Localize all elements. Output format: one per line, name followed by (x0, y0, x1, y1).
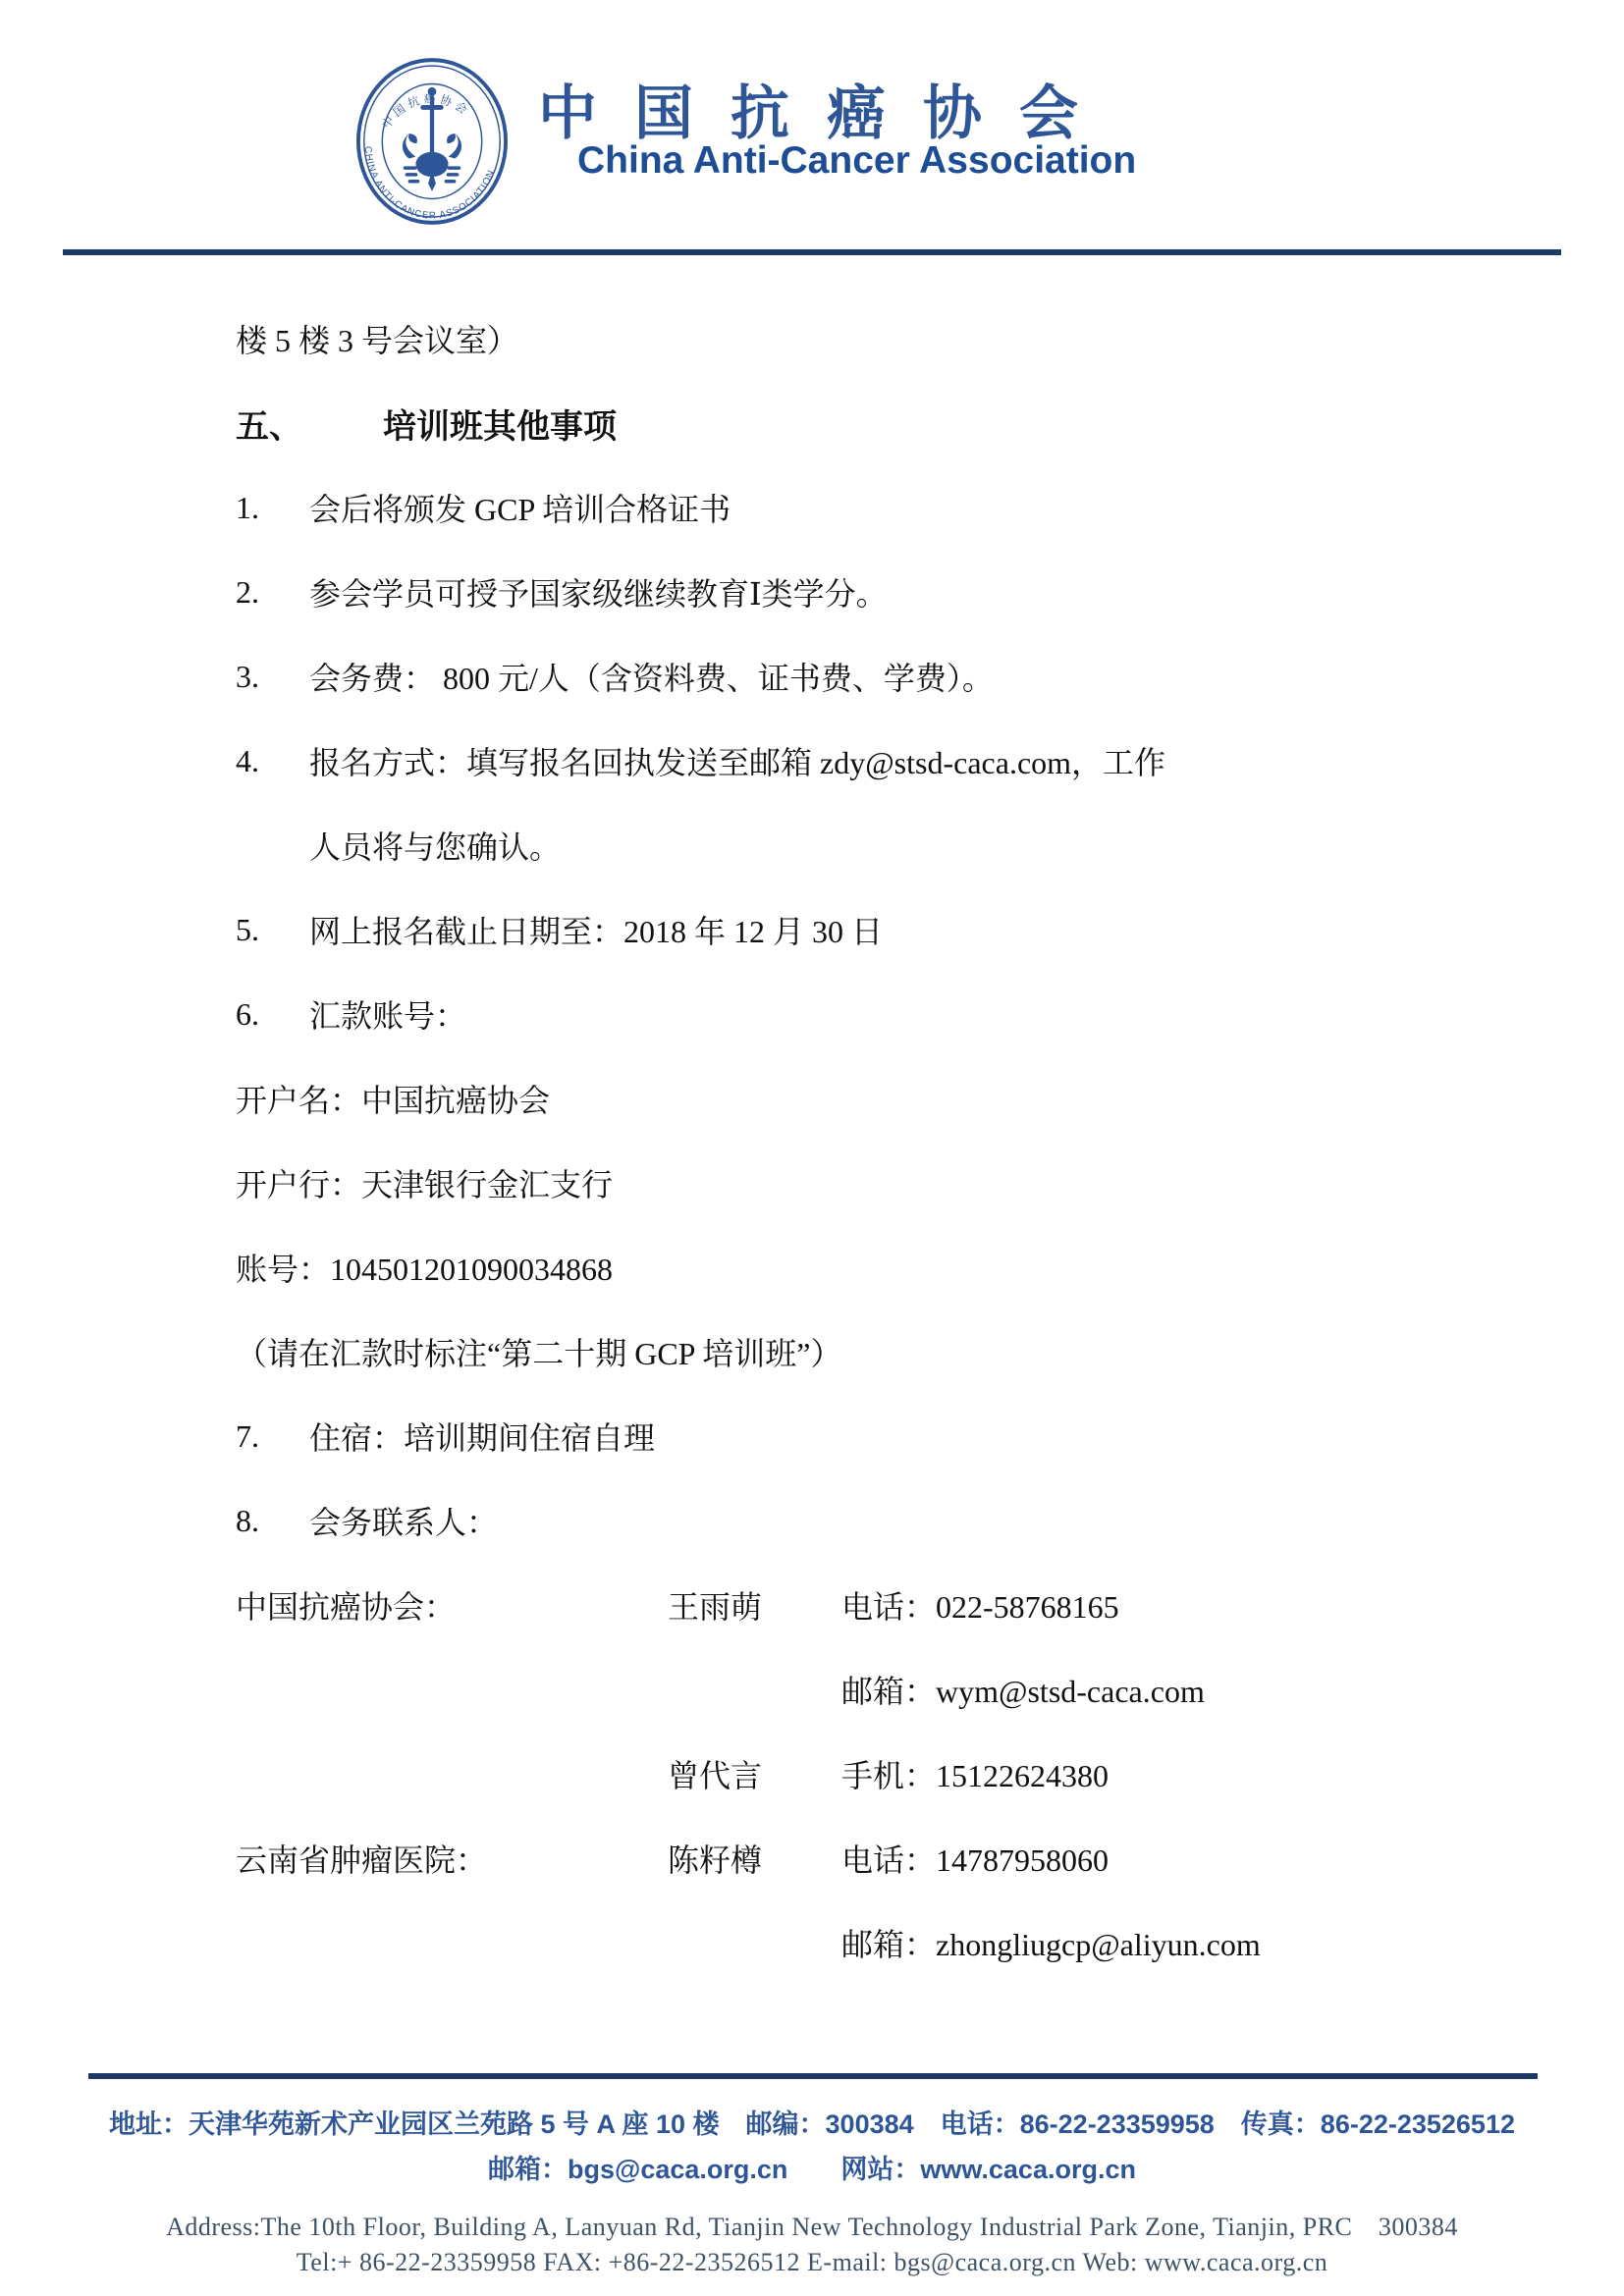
remittance-note-line: （请在汇款时标注“第二十期 GCP 培训班”） (236, 1309, 1565, 1394)
section-heading: 五、 培训班其他事项 (236, 381, 1565, 465)
line-text: 汇款账号： (309, 991, 466, 1037)
line-text: 楼 5 楼 3 号会议室） (236, 316, 518, 361)
line-text: 账号：104501201090034868 (236, 1245, 613, 1290)
line-text: 网上报名截止日期至：2018 年 12 月 30 日 (309, 907, 883, 952)
body-line: 3. 会务费： 800 元/人（含资料费、证书费、学费）。 (236, 634, 1565, 719)
body-line: 5. 网上报名截止日期至：2018 年 12 月 30 日 (236, 887, 1565, 972)
caca-emblem-icon: 中国抗癌协会 CHINA ANTI-CANCER ASSOCIATION (355, 57, 509, 226)
bank-account-name-line: 开户名：中国抗癌协会 (236, 1056, 1565, 1141)
footer-address-en: Address:The 10th Floor, Building A, Lany… (0, 2207, 1624, 2243)
line-text: 住宿：培训期间住宿自理 (309, 1414, 655, 1459)
body-line: 楼 5 楼 3 号会议室） (236, 296, 1565, 381)
footer-divider (88, 2073, 1538, 2079)
contact-detail: 电话：022-58768165 (841, 1582, 1119, 1628)
header-divider (63, 249, 1561, 255)
line-text: 参会学员可授予国家级继续教育Ⅰ类学分。 (309, 569, 888, 614)
line-number: 2. (236, 574, 309, 611)
line-number: 4. (236, 743, 309, 779)
contact-name: 王雨萌 (668, 1582, 841, 1628)
letter-body: 楼 5 楼 3 号会议室） 五、 培训班其他事项 1. 会后将颁发 GCP 培训… (236, 296, 1565, 1985)
line-text: 会务联系人： (309, 1498, 498, 1543)
line-number: 5. (236, 912, 309, 948)
contact-row: 邮箱：zhongliugcp@aliyun.com (236, 1900, 1565, 1985)
body-line: 2. 参会学员可授予国家级继续教育Ⅰ类学分。 (236, 550, 1565, 634)
body-line: 1. 会后将颁发 GCP 培训合格证书 (236, 465, 1565, 550)
line-text: （请在汇款时标注“第二十期 GCP 培训班”） (236, 1329, 841, 1374)
contact-detail: 手机：15122624380 (841, 1751, 1109, 1796)
line-text: 开户名：中国抗癌协会 (236, 1076, 550, 1121)
document-page: 中国抗癌协会 CHINA ANTI-CANCER ASSOCIATION (0, 0, 1624, 2296)
contact-detail: 邮箱：wym@stsd-caca.com (841, 1667, 1205, 1712)
line-text: 会后将颁发 GCP 培训合格证书 (309, 485, 731, 530)
line-text: 报名方式：填写报名回执发送至邮箱 zdy@stsd-caca.com，工作 (309, 738, 1165, 783)
contact-org: 云南省肿瘤医院： (236, 1836, 668, 1881)
line-number: 6. (236, 996, 309, 1033)
line-number: 1. (236, 490, 309, 526)
bank-branch-line: 开户行：天津银行金汇支行 (236, 1141, 1565, 1225)
contact-org: 中国抗癌协会： (236, 1582, 668, 1628)
contact-row: 曾代言 手机：15122624380 (236, 1732, 1565, 1816)
body-line: 4. 报名方式：填写报名回执发送至邮箱 zdy@stsd-caca.com，工作 (236, 719, 1565, 803)
contact-detail: 电话：14787958060 (841, 1836, 1109, 1881)
footer-contact-en: Tel:+ 86-22-23359958 FAX: +86-22-2352651… (0, 2248, 1624, 2277)
line-text: 人员将与您确认。 (309, 823, 561, 868)
bank-account-number-line: 账号：104501201090034868 (236, 1225, 1565, 1309)
contact-row: 云南省肿瘤医院： 陈籽樽 电话：14787958060 (236, 1816, 1565, 1900)
line-number: 7. (236, 1418, 309, 1455)
line-text: 开户行：天津银行金汇支行 (236, 1160, 613, 1205)
section-title: 培训班其他事项 (383, 400, 617, 448)
contact-detail: 邮箱：zhongliugcp@aliyun.com (841, 1920, 1261, 1965)
contact-row: 邮箱：wym@stsd-caca.com (236, 1647, 1565, 1732)
contact-row: 中国抗癌协会： 王雨萌 电话：022-58768165 (236, 1563, 1565, 1647)
contact-name: 曾代言 (668, 1751, 841, 1796)
contact-name: 陈籽樽 (668, 1836, 841, 1881)
section-number: 五、 (236, 400, 383, 448)
body-line-continuation: 人员将与您确认。 (236, 803, 1565, 887)
caca-logo: 中国抗癌协会 CHINA ANTI-CANCER ASSOCIATION (355, 57, 509, 226)
body-line: 8. 会务联系人： (236, 1478, 1565, 1563)
org-title-english: China Anti-Cancer Association (577, 139, 1136, 183)
body-line: 6. 汇款账号： (236, 972, 1565, 1056)
body-line: 7. 住宿：培训期间住宿自理 (236, 1394, 1565, 1478)
footer-address-cn: 地址：天津华苑新术产业园区兰苑路 5 号 A 座 10 楼 邮编：300384 … (0, 2103, 1624, 2141)
line-text: 会务费： 800 元/人（含资料费、证书费、学费）。 (309, 654, 994, 699)
line-number: 3. (236, 659, 309, 695)
footer-email-web-cn: 邮箱：bgs@caca.org.cn 网站：www.caca.org.cn (0, 2148, 1624, 2186)
line-number: 8. (236, 1503, 309, 1539)
